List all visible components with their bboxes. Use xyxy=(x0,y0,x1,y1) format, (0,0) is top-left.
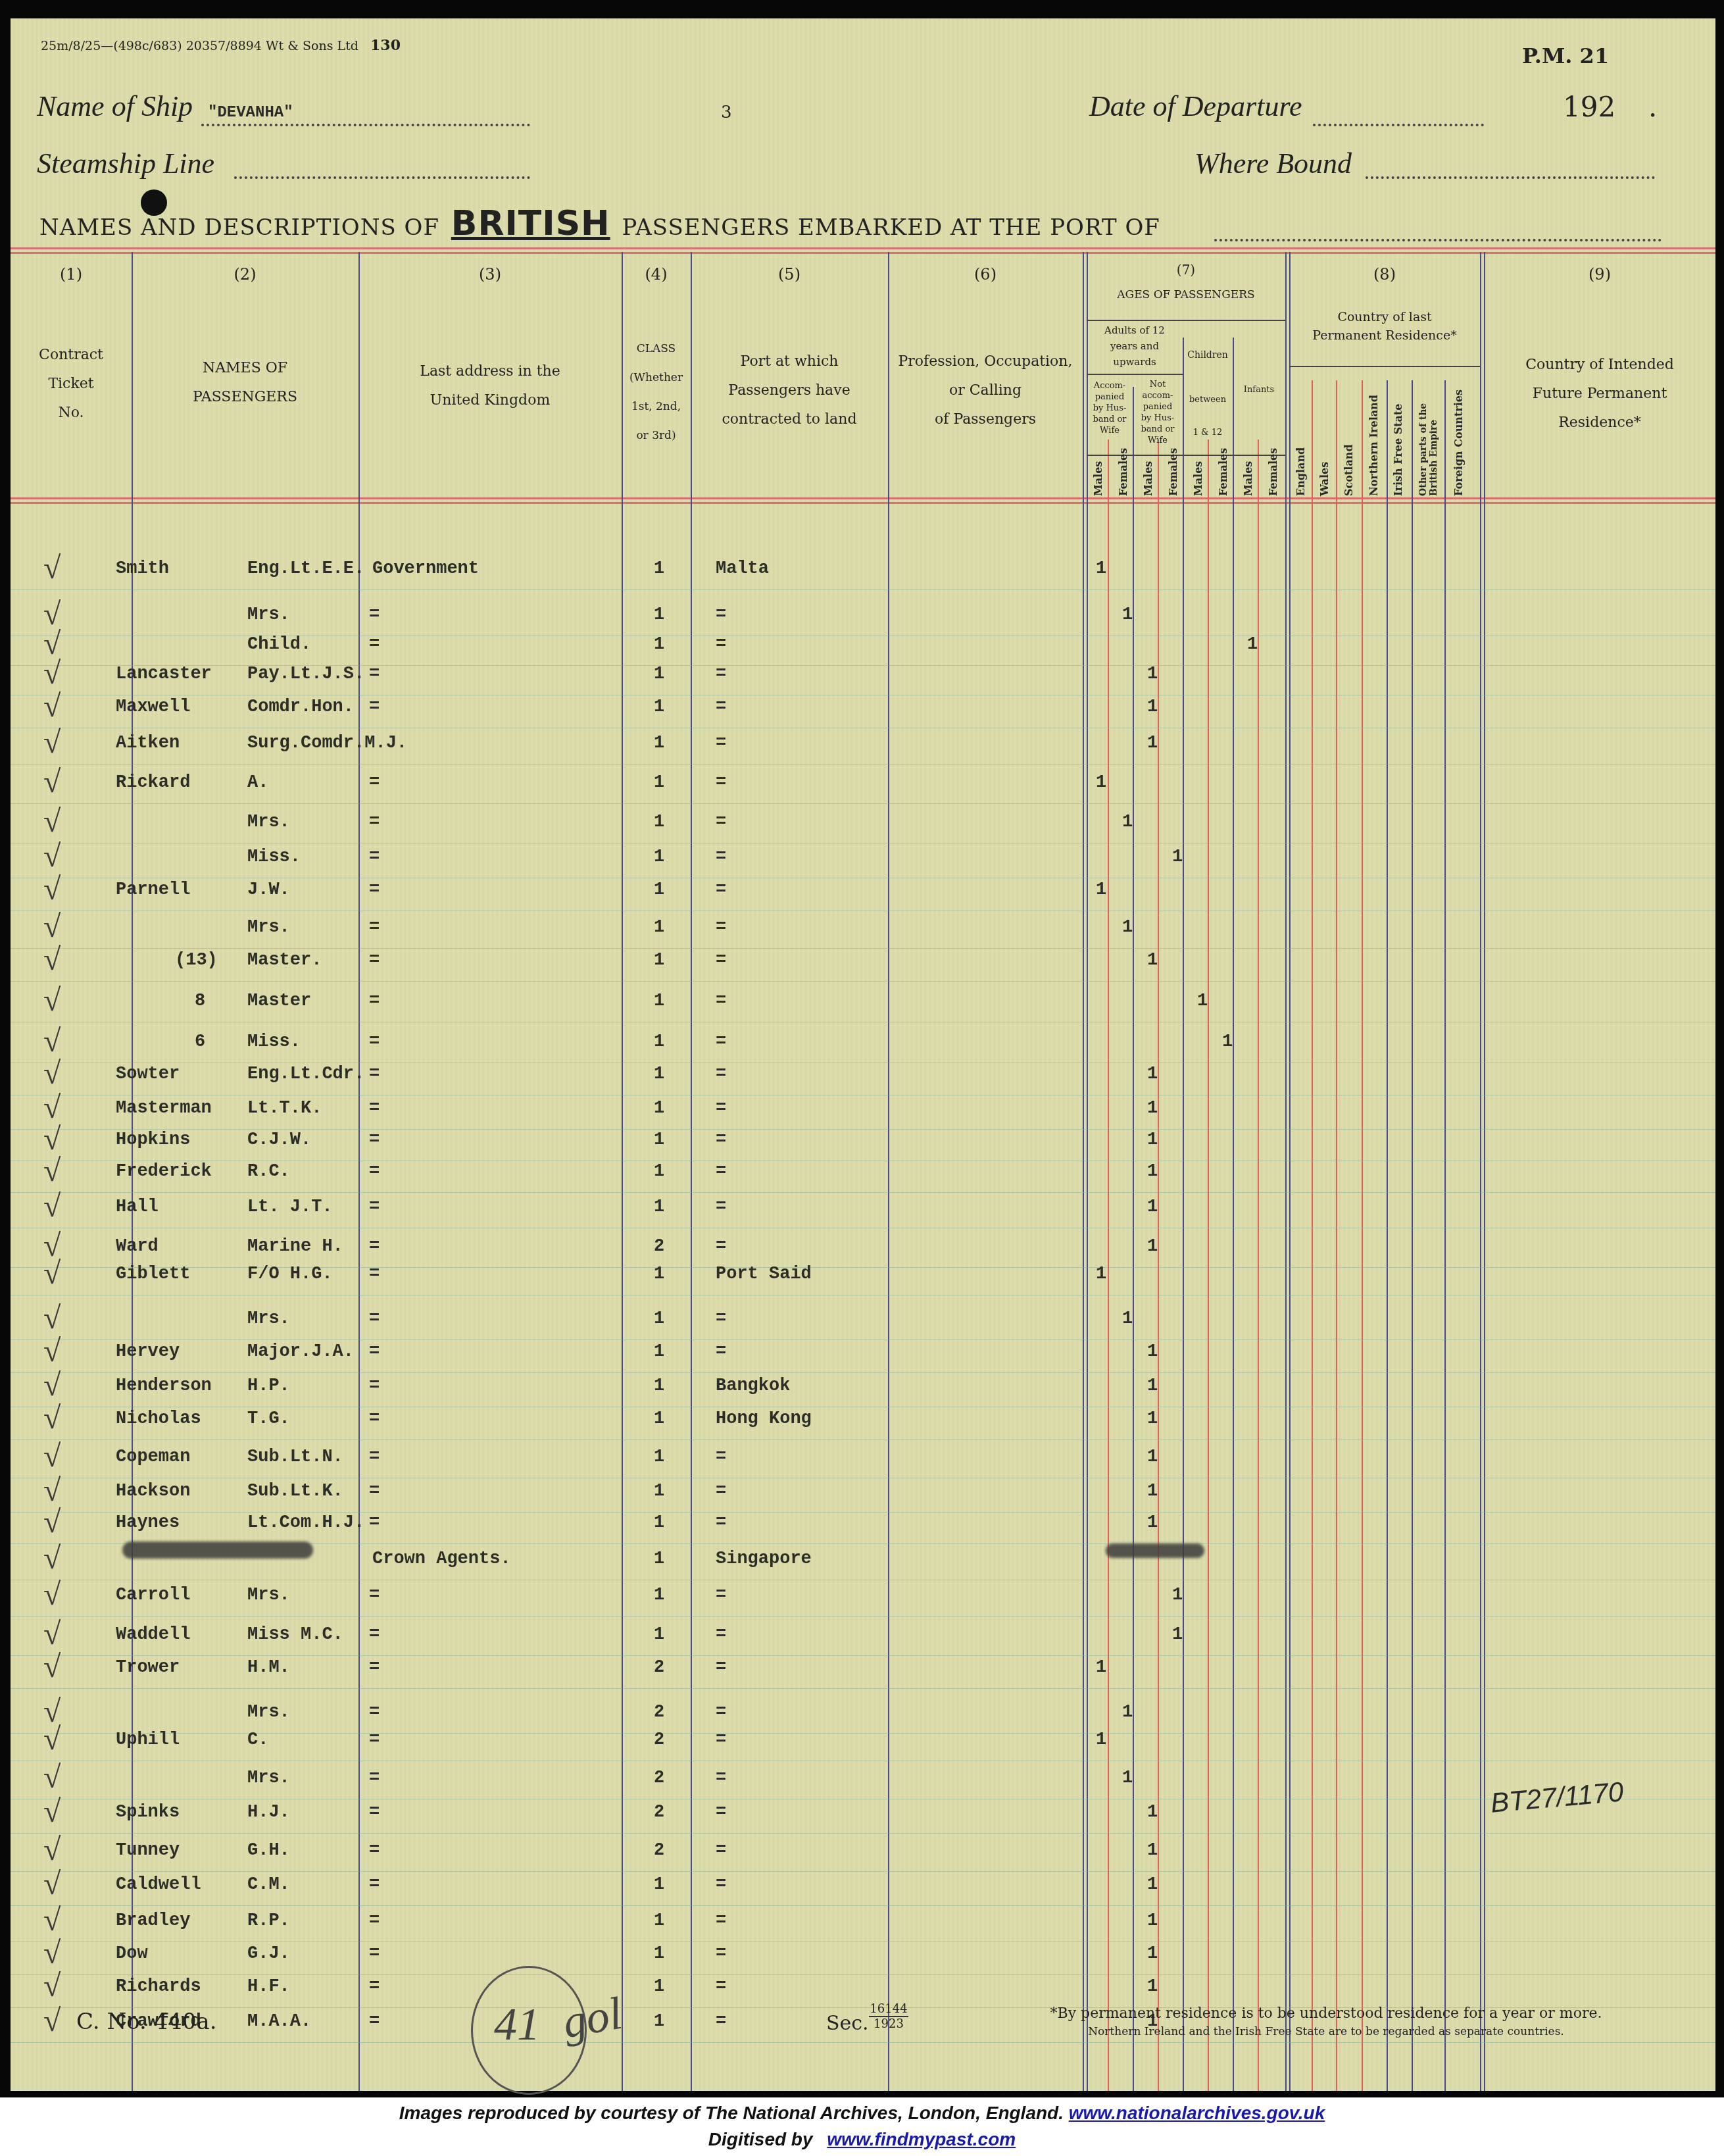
passenger-given-name: A. xyxy=(247,773,268,793)
adults-line1: Adults of 12 xyxy=(1087,322,1183,338)
acc-line2: panied xyxy=(1087,391,1133,403)
port-dotted-line xyxy=(1214,239,1662,241)
check-mark-icon: √ xyxy=(43,550,61,586)
passenger-class: 1 xyxy=(654,991,664,1011)
age-tally: 1 xyxy=(1172,1586,1183,1605)
ruled-line xyxy=(11,589,1715,590)
passenger-class: 1 xyxy=(654,1513,664,1533)
col9-line1: Country of Intended xyxy=(1484,351,1715,380)
departure-dotted-line xyxy=(1313,124,1484,126)
country-label: Irish Free State xyxy=(1392,387,1404,496)
adults-line3: upwards xyxy=(1087,354,1183,370)
passenger-last-address: = xyxy=(369,1977,380,1997)
age-tally: 1 xyxy=(1122,605,1133,625)
passenger-last-address: Government xyxy=(372,559,479,579)
ruled-line xyxy=(11,1228,1715,1228)
age-tally: 1 xyxy=(1096,773,1106,793)
passenger-given-name: Eng.Lt.E.E. xyxy=(247,559,364,579)
sec-denominator: 1923 xyxy=(869,2017,908,2031)
passenger-class: 1 xyxy=(654,664,664,684)
passenger-surname: Carroll xyxy=(116,1586,190,1605)
ruled-line xyxy=(11,1871,1715,1872)
col6-line2: or Calling xyxy=(888,376,1083,405)
check-mark-icon: √ xyxy=(43,941,61,978)
passenger-last-address: = xyxy=(369,2012,380,2032)
table-row: √MaxwellComdr.Hon.=1=1 xyxy=(11,697,1715,730)
passenger-port: = xyxy=(716,1482,726,1501)
passenger-port: = xyxy=(716,1730,726,1750)
passenger-given-name: Mrs. xyxy=(247,605,290,625)
passenger-port: Port Said xyxy=(716,1265,812,1284)
col2-header: NAMES OF PASSENGERS xyxy=(132,354,358,412)
table-row: √GiblettF/O H.G.=1Port Said1 xyxy=(11,1265,1715,1297)
passenger-surname: Aitken xyxy=(116,734,180,753)
acc-line1: Accom- xyxy=(1087,380,1133,391)
passenger-surname: (13) xyxy=(175,951,218,970)
passenger-class: 1 xyxy=(654,880,664,900)
col7-title: AGES OF PASSENGERS xyxy=(1087,282,1285,308)
passenger-last-address: = xyxy=(369,1309,380,1329)
passenger-surname: Rickard xyxy=(116,773,190,793)
col9-number: (9) xyxy=(1484,265,1715,284)
country-label: Wales xyxy=(1318,413,1331,496)
col5-header: Port at which Passengers have contracted… xyxy=(691,347,888,434)
passenger-surname: Tunney xyxy=(116,1841,180,1861)
ruled-line xyxy=(11,1761,1715,1761)
passenger-port: = xyxy=(716,1237,726,1257)
ruled-line xyxy=(11,1295,1715,1295)
passenger-last-address: = xyxy=(369,813,380,832)
sex-label: Males xyxy=(1092,459,1104,496)
table-row: √NicholasT.G.=1Hong Kong1 xyxy=(11,1409,1715,1442)
top-red-rule-2 xyxy=(11,252,1715,254)
col6-line1: Profession, Occupation, xyxy=(888,347,1083,376)
age-tally: 1 xyxy=(1147,1977,1158,1997)
steamship-line-label: Steamship Line xyxy=(37,147,214,180)
age-tally: 1 xyxy=(1222,1032,1233,1052)
passenger-surname: 6 xyxy=(195,1032,205,1052)
passenger-last-address: = xyxy=(369,1841,380,1861)
ruled-line xyxy=(11,948,1715,949)
passenger-last-address: = xyxy=(369,1875,380,1895)
passenger-port: = xyxy=(716,1586,726,1605)
table-row: √ParnellJ.W.=1=1 xyxy=(11,880,1715,913)
passenger-class: 1 xyxy=(654,1265,664,1284)
passenger-port: = xyxy=(716,1065,726,1084)
check-mark-icon: √ xyxy=(43,982,61,1018)
header-red-rule-2 xyxy=(11,502,1715,504)
where-bound-label: Where Bound xyxy=(1194,147,1352,180)
passenger-last-address: = xyxy=(369,1409,380,1429)
acc-line5: Wife xyxy=(1087,425,1133,436)
age-tally: 1 xyxy=(1096,1265,1106,1284)
col4-line3: 1st, 2nd, xyxy=(622,392,691,421)
col6-line3: of Passengers xyxy=(888,405,1083,434)
table-row: √SpinksH.J.=2=1 xyxy=(11,1803,1715,1836)
departure-dot: . xyxy=(1648,91,1657,123)
passenger-last-address: = xyxy=(369,1032,380,1052)
passenger-given-name: R.P. xyxy=(247,1911,290,1931)
age-tally: 1 xyxy=(1147,1409,1158,1429)
passenger-last-address: = xyxy=(369,951,380,970)
ruled-line xyxy=(11,843,1715,843)
col4-line2: (Whether xyxy=(622,363,691,392)
redaction-smudge xyxy=(122,1542,313,1559)
age-tally: 1 xyxy=(1197,991,1208,1011)
age-tally: 1 xyxy=(1172,847,1183,867)
table-row: √Mrs.=1=1 xyxy=(11,918,1715,951)
col1-header: Contract Ticket No. xyxy=(11,341,132,428)
passenger-last-address: = xyxy=(369,664,380,684)
passenger-port: = xyxy=(716,1944,726,1964)
notacc-line2: accom- xyxy=(1133,390,1183,401)
passenger-surname: Dow xyxy=(116,1944,148,1964)
footnote-line1: *By permanent residence is to be underst… xyxy=(1023,2005,1629,2022)
passenger-class: 1 xyxy=(654,559,664,579)
passenger-surname: Henderson xyxy=(116,1376,212,1396)
table-row: √CarrollMrs.=1=1 xyxy=(11,1586,1715,1618)
col8-header: Country of last Permanent Residence* xyxy=(1289,308,1480,345)
ruled-line xyxy=(11,728,1715,728)
col9-line2: Future Permanent xyxy=(1484,380,1715,409)
passenger-class: 1 xyxy=(654,605,664,625)
ruled-line xyxy=(11,1161,1715,1161)
ruled-line xyxy=(11,1655,1715,1656)
col3-number: (3) xyxy=(358,265,622,284)
credit-text-1: Images reproduced by courtesy of The Nat… xyxy=(399,2103,1064,2123)
passenger-surname: Hopkins xyxy=(116,1130,190,1150)
findmypast-link[interactable]: www.findmypast.com xyxy=(827,2129,1016,2149)
passenger-surname: Copeman xyxy=(116,1447,190,1467)
age-tally: 1 xyxy=(1122,813,1133,832)
table-row: √8Master=1=1 xyxy=(11,991,1715,1024)
manifest-page: 25m/8/25—(498c/683) 20357/8894 Wt & Sons… xyxy=(11,18,1715,2091)
passenger-class: 1 xyxy=(654,1911,664,1931)
passenger-class: 1 xyxy=(654,734,664,753)
passenger-port: Bangkok xyxy=(716,1376,790,1396)
passenger-port: = xyxy=(716,1768,726,1788)
passenger-surname: Uphill xyxy=(116,1730,180,1750)
check-mark-icon: √ xyxy=(43,1576,61,1613)
check-mark-icon: √ xyxy=(43,688,61,724)
check-mark-icon: √ xyxy=(43,1188,61,1224)
age-tally: 1 xyxy=(1096,880,1106,900)
age-tally: 1 xyxy=(1147,1803,1158,1822)
passenger-last-address: = xyxy=(369,1482,380,1501)
col5-number: (5) xyxy=(691,265,888,284)
departure-label: Date of Departure xyxy=(1089,89,1302,123)
ruled-line xyxy=(11,1340,1715,1340)
passenger-port: = xyxy=(716,1342,726,1362)
col1-line2: Ticket xyxy=(11,370,132,399)
passenger-last-address: = xyxy=(369,1162,380,1182)
passenger-last-address: = xyxy=(369,773,380,793)
passenger-given-name: Eng.Lt.Cdr. xyxy=(247,1065,364,1084)
col1-line1: Contract xyxy=(11,341,132,370)
passenger-port: = xyxy=(716,1197,726,1217)
passenger-given-name: Pay.Lt.J.S. xyxy=(247,664,364,684)
sex-label: Females xyxy=(1217,459,1229,496)
passenger-port: = xyxy=(716,697,726,717)
col7-infants: Infants xyxy=(1233,384,1285,397)
top-red-rule xyxy=(11,247,1715,249)
passenger-port: = xyxy=(716,734,726,753)
ruled-line xyxy=(11,1616,1715,1617)
passenger-class: 1 xyxy=(654,1586,664,1605)
print-code: 25m/8/25—(498c/683) 20357/8894 Wt & Sons… xyxy=(41,37,401,54)
passenger-surname: Haynes xyxy=(116,1513,180,1533)
passenger-class: 1 xyxy=(654,1197,664,1217)
passenger-class: 1 xyxy=(654,697,664,717)
check-mark-icon: √ xyxy=(43,1333,61,1369)
ruled-line xyxy=(11,1478,1715,1478)
passenger-class: 1 xyxy=(654,2012,664,2032)
sex-label: Males xyxy=(1192,459,1204,496)
table-row: √SmithEng.Lt.E.E.Government1Malta1 xyxy=(11,559,1715,592)
ruled-line xyxy=(11,1022,1715,1022)
passenger-given-name: Miss M.C. xyxy=(247,1625,343,1645)
national-archives-link[interactable]: www.nationalarchives.gov.uk xyxy=(1069,2103,1325,2123)
passenger-last-address: = xyxy=(369,1099,380,1118)
check-mark-icon: √ xyxy=(43,1153,61,1189)
age-tally: 1 xyxy=(1147,1482,1158,1501)
passenger-class: 1 xyxy=(654,1944,664,1964)
check-mark-icon: √ xyxy=(43,1300,61,1336)
passenger-last-address: = xyxy=(369,1625,380,1645)
passenger-last-address: = xyxy=(369,847,380,867)
age-tally: 1 xyxy=(1147,951,1158,970)
age-tally: 1 xyxy=(1147,1237,1158,1257)
acc-line3: by Hus- xyxy=(1087,403,1133,414)
table-row: √AitkenSurg.Comdr.M.J.1=1 xyxy=(11,734,1715,766)
ruled-line xyxy=(11,764,1715,765)
table-row: √RickardA.=1=1 xyxy=(11,773,1715,806)
passenger-surname: Bradley xyxy=(116,1911,190,1931)
ruled-line xyxy=(11,2042,1715,2043)
check-mark-icon: √ xyxy=(43,1935,61,1971)
passenger-class: 1 xyxy=(654,918,664,938)
passenger-last-address: = xyxy=(369,880,380,900)
passenger-port: = xyxy=(716,1803,726,1822)
passenger-port: = xyxy=(716,1911,726,1931)
table-row: √HallLt. J.T.=1=1 xyxy=(11,1197,1715,1230)
passenger-last-address: = xyxy=(369,1265,380,1284)
passenger-surname: Masterman xyxy=(116,1099,212,1118)
passenger-surname: Ward xyxy=(116,1237,159,1257)
col2-number: (2) xyxy=(132,265,358,284)
passenger-surname: Giblett xyxy=(116,1265,190,1284)
passenger-last-address: Crown Agents. xyxy=(372,1549,511,1569)
passenger-class: 1 xyxy=(654,1342,664,1362)
passenger-last-address: = xyxy=(369,1658,380,1678)
passenger-surname: Smith xyxy=(116,559,169,579)
age-tally: 1 xyxy=(1096,1730,1106,1750)
col5-line2: Passengers have xyxy=(691,376,888,405)
passenger-port: = xyxy=(716,1703,726,1722)
col6-number: (6) xyxy=(888,265,1083,284)
passenger-given-name: Miss. xyxy=(247,1032,301,1052)
passenger-port: = xyxy=(716,2012,726,2032)
title-part2: PASSENGERS EMBARKED AT THE PORT OF xyxy=(622,214,1160,241)
passenger-port: Hong Kong xyxy=(716,1409,812,1429)
table-row: √6Miss.=1=1 xyxy=(11,1032,1715,1065)
passenger-given-name: Surg.Comdr.M.J. xyxy=(247,734,407,753)
col6-header: Profession, Occupation, or Calling of Pa… xyxy=(888,347,1083,434)
passenger-port: = xyxy=(716,991,726,1011)
col7-not-accompanied: Not accom- panied by Hus- band or Wife xyxy=(1133,379,1183,446)
passenger-class: 1 xyxy=(654,1482,664,1501)
col2-line1: NAMES OF xyxy=(132,354,358,383)
passenger-class: 1 xyxy=(654,1065,664,1084)
col8-line1: Country of last xyxy=(1289,308,1480,326)
sex-label: Females xyxy=(1117,459,1129,496)
age-tally: 1 xyxy=(1247,635,1258,655)
notacc-line6: Wife xyxy=(1133,435,1183,446)
passenger-given-name: F/O H.G. xyxy=(247,1265,333,1284)
passenger-last-address: = xyxy=(369,1911,380,1931)
passenger-last-address: = xyxy=(369,918,380,938)
ruled-line xyxy=(11,911,1715,911)
age-tally: 1 xyxy=(1096,559,1106,579)
age-tally: 1 xyxy=(1147,1099,1158,1118)
passenger-port: = xyxy=(716,1625,726,1645)
table-row: √SowterEng.Lt.Cdr.=1=1 xyxy=(11,1065,1715,1097)
passenger-given-name: H.P. xyxy=(247,1376,290,1396)
form-number: C. No. 440a. xyxy=(76,2009,217,2035)
passenger-given-name: Mrs. xyxy=(247,918,290,938)
table-row: √HopkinsC.J.W.=1=1 xyxy=(11,1130,1715,1163)
ruled-line xyxy=(11,695,1715,695)
col7-between: between 1 & 12 xyxy=(1183,384,1233,449)
col9-header: Country of Intended Future Permanent Res… xyxy=(1484,351,1715,438)
check-mark-icon: √ xyxy=(43,1721,61,1757)
passenger-surname: Caldwell xyxy=(116,1875,201,1895)
check-mark-icon: √ xyxy=(43,1902,61,1938)
table-row: √Mrs.=1=1 xyxy=(11,1309,1715,1342)
col1-line3: No. xyxy=(11,399,132,428)
ship-label: Name of Ship xyxy=(37,89,193,123)
age-tally: 1 xyxy=(1147,1841,1158,1861)
passenger-port: = xyxy=(716,1875,726,1895)
passenger-class: 2 xyxy=(654,1237,664,1257)
passenger-port: Malta xyxy=(716,559,769,579)
departure-year: 192 xyxy=(1563,91,1615,123)
redaction-smudge-ages xyxy=(1106,1543,1204,1558)
passenger-class: 1 xyxy=(654,813,664,832)
table-row: √Mrs.=1=1 xyxy=(11,605,1715,638)
passenger-port: = xyxy=(716,773,726,793)
age-tally: 1 xyxy=(1147,1875,1158,1895)
table-row: √CaldwellC.M.=1=1 xyxy=(11,1875,1715,1908)
passenger-surname: Parnell xyxy=(116,880,190,900)
ruled-line xyxy=(11,1833,1715,1834)
passenger-class: 1 xyxy=(654,773,664,793)
passenger-given-name: Mrs. xyxy=(247,1309,290,1329)
initials-annotation: gol xyxy=(559,1988,626,2049)
ruled-line xyxy=(11,1129,1715,1130)
passenger-given-name: Sub.Lt.K. xyxy=(247,1482,343,1501)
title-british: BRITISH xyxy=(451,204,610,243)
age-tally: 1 xyxy=(1147,1447,1158,1467)
passenger-given-name: T.G. xyxy=(247,1409,290,1429)
age-tally: 1 xyxy=(1147,1342,1158,1362)
age-tally: 1 xyxy=(1122,1768,1133,1788)
ruled-line xyxy=(11,1512,1715,1513)
passenger-surname: Frederick xyxy=(116,1162,212,1182)
col7-children: Children xyxy=(1183,347,1233,363)
ruled-line xyxy=(11,1974,1715,1975)
passenger-given-name: Major.J.A. xyxy=(247,1342,354,1362)
passenger-class: 1 xyxy=(654,1875,664,1895)
check-mark-icon: √ xyxy=(43,1438,61,1474)
passenger-surname: Hackson xyxy=(116,1482,190,1501)
table-row: √(13)Master.=1=1 xyxy=(11,951,1715,984)
adults-rule xyxy=(1087,374,1183,375)
check-mark-icon: √ xyxy=(43,1793,61,1830)
passenger-port: = xyxy=(716,880,726,900)
ship-dotted-line xyxy=(201,124,530,126)
check-mark-icon: √ xyxy=(43,1055,61,1091)
passenger-given-name: Mrs. xyxy=(247,1768,290,1788)
passenger-class: 1 xyxy=(654,1309,664,1329)
passenger-surname: Waddell xyxy=(116,1625,190,1645)
country-title-rule xyxy=(1289,366,1480,367)
passenger-given-name: G.H. xyxy=(247,1841,290,1861)
age-tally: 1 xyxy=(1147,1197,1158,1217)
notacc-line5: band or xyxy=(1133,424,1183,435)
check-mark-icon: √ xyxy=(43,1023,61,1059)
ruled-line xyxy=(11,1095,1715,1095)
col4-line1: CLASS xyxy=(622,334,691,363)
col7-adults: Adults of 12 years and upwards xyxy=(1087,322,1183,370)
passenger-last-address: = xyxy=(369,1944,380,1964)
passenger-port: = xyxy=(716,1309,726,1329)
passenger-last-address: = xyxy=(369,1197,380,1217)
age-tally: 1 xyxy=(1096,1658,1106,1678)
passenger-given-name: Comdr.Hon. xyxy=(247,697,354,717)
country-label: Scotland xyxy=(1342,413,1355,496)
col2-line2: PASSENGERS xyxy=(132,383,358,412)
page-number: 3 xyxy=(721,103,732,122)
age-tally: 1 xyxy=(1147,697,1158,717)
passenger-class: 1 xyxy=(654,1130,664,1150)
check-mark-icon: √ xyxy=(43,1255,61,1291)
passenger-class: 1 xyxy=(654,1977,664,1997)
check-mark-icon: √ xyxy=(43,909,61,945)
title-part1: NAMES AND DESCRIPTIONS OF xyxy=(39,214,439,241)
col1-number: (1) xyxy=(11,265,132,284)
passenger-class: 1 xyxy=(654,1409,664,1429)
passenger-class: 1 xyxy=(654,1447,664,1467)
passenger-given-name: Mrs. xyxy=(247,1586,290,1605)
sex-label: Females xyxy=(1167,459,1179,496)
ruled-line xyxy=(11,1688,1715,1689)
passenger-last-address: = xyxy=(369,991,380,1011)
col3-line2: United Kingdom xyxy=(358,386,622,415)
col4-header: CLASS (Whether 1st, 2nd, or 3rd) xyxy=(622,334,691,450)
check-mark-icon: √ xyxy=(43,1968,61,2004)
col4-number: (4) xyxy=(622,265,691,284)
age-tally: 1 xyxy=(1147,734,1158,753)
passenger-surname: 8 xyxy=(195,991,205,1011)
passenger-last-address: = xyxy=(369,1730,380,1750)
ruled-line xyxy=(11,1407,1715,1407)
col5-line1: Port at which xyxy=(691,347,888,376)
footnote-line2: Northern Ireland and the Irish Free Stat… xyxy=(1023,2025,1629,2038)
table-row: √Mrs.=2=1 xyxy=(11,1768,1715,1801)
check-mark-icon: √ xyxy=(43,838,61,874)
check-mark-icon: √ xyxy=(43,764,61,800)
